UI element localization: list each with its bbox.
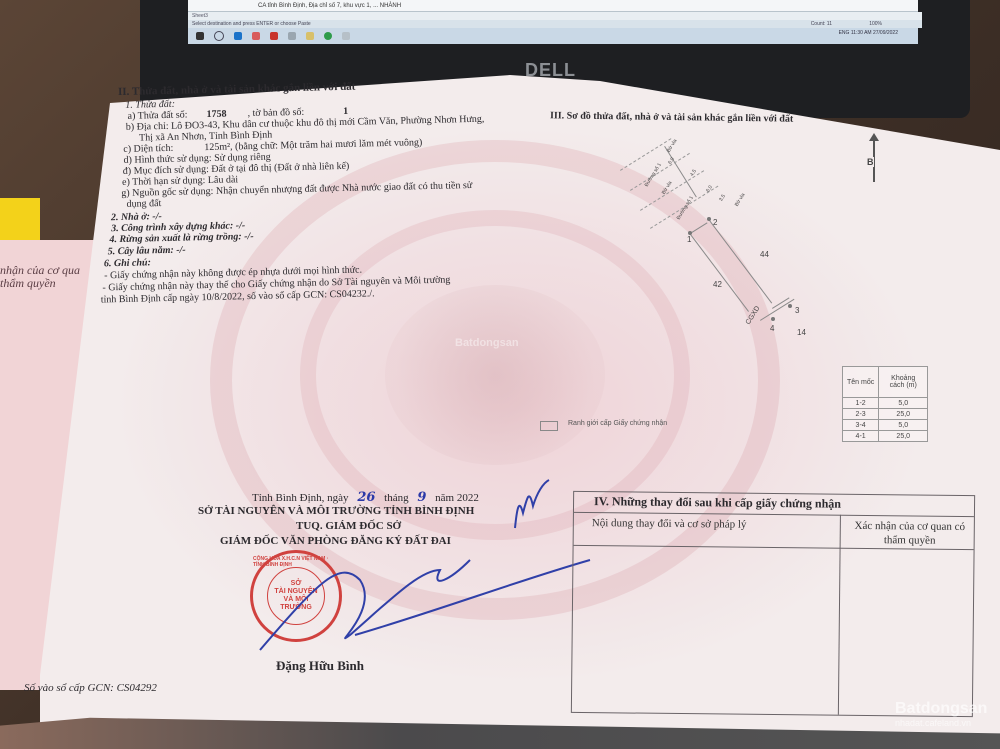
yellow-notepad bbox=[0, 198, 40, 244]
parcel-number: 1758 bbox=[206, 109, 226, 120]
table-header: Khoảng cách (m) bbox=[879, 367, 928, 398]
app-icon[interactable] bbox=[288, 32, 296, 40]
legend-text: Ranh giới cấp Giấy chứng nhận bbox=[568, 420, 667, 427]
signer-name: Đặng Hữu Bình bbox=[276, 658, 364, 674]
edge-browser-icon[interactable] bbox=[234, 32, 242, 40]
windows-start-icon[interactable] bbox=[196, 32, 204, 40]
authority-name: SỞ TÀI NGUYÊN VÀ MÔI TRƯỜNG TỈNH BÌNH ĐỊ… bbox=[198, 505, 474, 517]
origin-line-2: dụng đất bbox=[126, 198, 161, 210]
side-document-text: nhận của cơ qua thẩm quyền bbox=[0, 264, 80, 290]
corner-3: 3 bbox=[795, 306, 799, 315]
registry-number: Số vào sổ cấp GCN: CS04292 bbox=[24, 682, 157, 694]
bronze-drum-watermark-center bbox=[385, 285, 605, 465]
status-bar: Select destination and press ENTER or ch… bbox=[188, 20, 922, 28]
status-count: Count: 11 bbox=[811, 20, 832, 28]
clock-date: 27/09/2022 bbox=[873, 30, 898, 36]
search-icon[interactable] bbox=[214, 31, 224, 41]
clock-time: 11:30 AM bbox=[851, 30, 872, 36]
table-row: 1-25,0 bbox=[843, 398, 928, 409]
zoom-level[interactable]: 100% bbox=[869, 20, 882, 28]
changes-column-header: Nội dung thay đổi và cơ sở pháp lý bbox=[592, 517, 747, 531]
status-text: Select destination and press ENTER or ch… bbox=[192, 21, 311, 27]
chrome-icon[interactable] bbox=[324, 32, 332, 40]
issue-day: 26 bbox=[357, 490, 375, 505]
table-row: 4-125,0 bbox=[843, 431, 928, 442]
spreadsheet-row: CA tỉnh Bình Định, Địa chỉ số 7, khu vực… bbox=[188, 0, 918, 12]
neighbor-parcel-42: 42 bbox=[713, 280, 722, 289]
corner-4: 4 bbox=[770, 324, 774, 333]
confirmation-column-header: Xác nhận của cơ quan có thẩm quyền bbox=[846, 519, 974, 548]
table-row: 3-45,0 bbox=[843, 420, 928, 431]
neighbor-parcel-14: 14 bbox=[797, 328, 806, 337]
map-sheet-number: 1 bbox=[343, 106, 348, 117]
coccoc-browser-icon[interactable] bbox=[270, 32, 278, 40]
issue-month: 9 bbox=[417, 490, 426, 505]
watermark: Batdongsan bbox=[455, 337, 519, 349]
section-4-changes-table: IV. Những thay đổi sau khi cấp giấy chứn… bbox=[571, 491, 975, 717]
corner-1: 1 bbox=[687, 235, 691, 244]
north-label: B bbox=[867, 157, 874, 167]
registry-value: CS04292 bbox=[117, 682, 157, 694]
app-icon[interactable] bbox=[252, 32, 260, 40]
taskbar: ENG 11:30 AM 27/09/2022 bbox=[188, 28, 918, 44]
notes-heading: 6. Ghi chú: bbox=[104, 257, 151, 269]
corner-2: 2 bbox=[713, 218, 717, 227]
issue-date: Tỉnh Bình Định, ngày 26 tháng 9 năm 2022 bbox=[252, 490, 479, 505]
watermark: Batdongsan nhadat.cafeland.vn bbox=[895, 700, 987, 728]
table-header: Tên mốc bbox=[843, 367, 879, 398]
app-icon[interactable] bbox=[342, 32, 350, 40]
section-4-title: IV. Những thay đổi sau khi cấp giấy chứn… bbox=[594, 494, 841, 512]
language-indicator[interactable]: ENG bbox=[839, 30, 850, 36]
laptop-screen: CA tỉnh Bình Định, Địa chỉ số 7, khu vực… bbox=[188, 0, 918, 44]
initials-mark-icon bbox=[505, 478, 565, 538]
table-row: 2-325,0 bbox=[843, 409, 928, 420]
boundary-distance-table: Tên mốc Khoảng cách (m) 1-25,0 2-325,0 3… bbox=[842, 366, 928, 442]
authority-delegation: TUQ. GIÁM ĐỐC SỞ bbox=[296, 520, 401, 532]
file-explorer-icon[interactable] bbox=[306, 32, 314, 40]
perennial-trees-row: 5. Cây lâu năm: -/- bbox=[108, 245, 186, 258]
sheet-tab[interactable]: Sheet3 bbox=[188, 12, 922, 20]
legend-boundary-symbol bbox=[540, 421, 558, 431]
neighbor-parcel-44: 44 bbox=[760, 250, 769, 259]
taskbar-clock[interactable]: ENG 11:30 AM 27/09/2022 bbox=[839, 30, 898, 36]
term: Lâu dài bbox=[208, 174, 239, 186]
